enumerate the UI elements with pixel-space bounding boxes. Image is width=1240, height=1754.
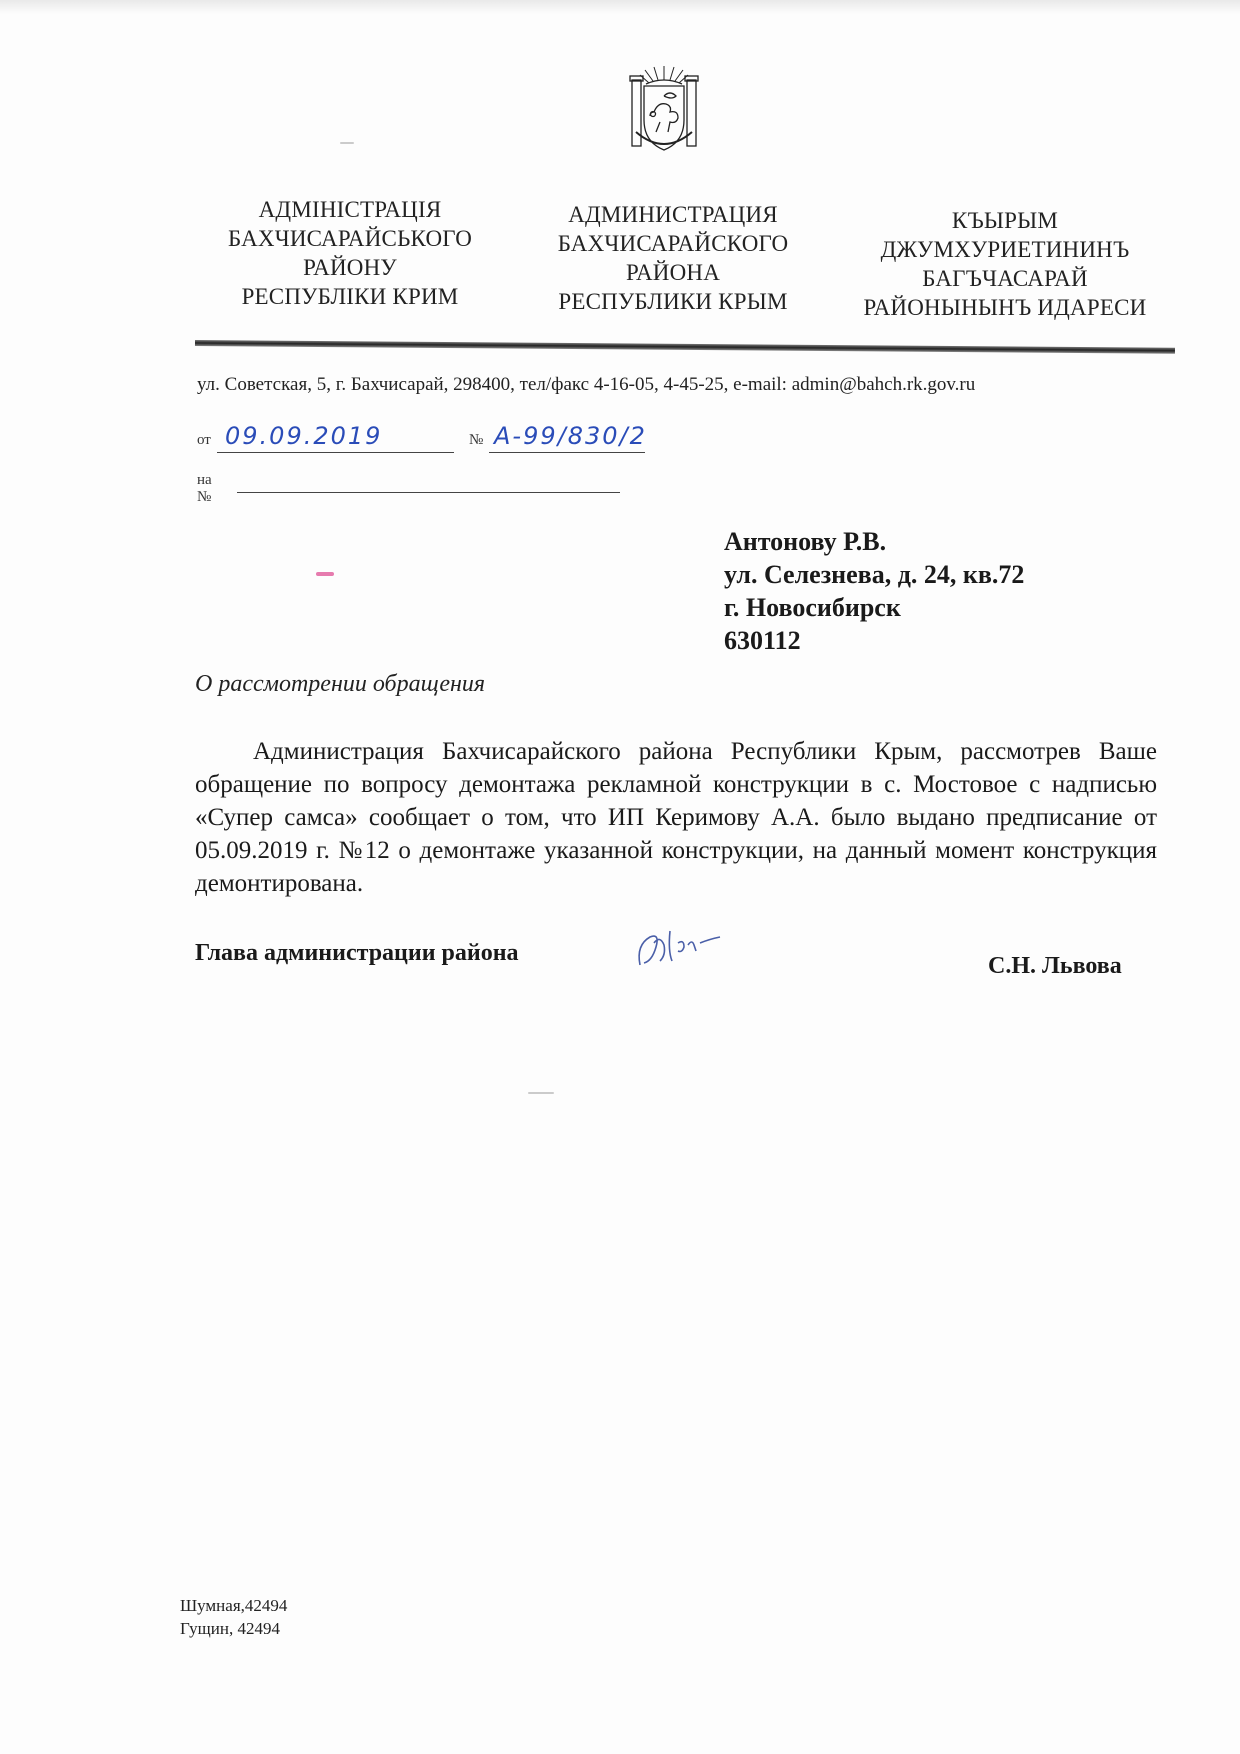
executor-line: Гущин, 42494 — [180, 1617, 287, 1640]
executor-line: Шумная,42494 — [180, 1594, 287, 1617]
number-line — [489, 452, 645, 453]
scan-speck — [528, 1092, 554, 1094]
ink-mark — [316, 572, 334, 576]
org-line: РАЙОНЫНЫНЪ ИДАРЕСИ — [840, 293, 1170, 322]
reg-number-handwritten: А-99/830/2 — [494, 422, 647, 450]
org-line: РАЙОНА — [528, 258, 818, 287]
handwritten-signature-icon — [632, 925, 752, 975]
signatory-name: С.Н. Львова — [988, 953, 1122, 980]
recipient-city: г. Новосибирск — [724, 591, 1024, 624]
org-line: АДМІНІСТРАЦІЯ — [205, 195, 495, 224]
org-name-crimean-tatar: КЪЫРЫМ ДЖУМХУРИЕТИНИНЪ БАГЪЧАСАРАЙ РАЙОН… — [840, 206, 1170, 322]
executors-list: Шумная,42494 Гущин, 42494 — [180, 1594, 287, 1640]
org-line: РЕСПУБЛИКИ КРЫМ — [528, 287, 818, 316]
org-line: БАГЪЧАСАРАЙ — [840, 264, 1170, 293]
org-line: БАХЧИСАРАЙСКОГО — [528, 229, 818, 258]
from-line — [217, 452, 454, 453]
contact-info: ул. Советская, 5, г. Бахчисарай, 298400,… — [197, 374, 975, 396]
recipient-block: Антонову Р.В. ул. Селезнева, д. 24, кв.7… — [724, 525, 1024, 657]
org-name-russian: АДМИНИСТРАЦИЯ БАХЧИСАРАЙСКОГО РАЙОНА РЕС… — [528, 200, 818, 316]
recipient-name: Антонову Р.В. — [724, 525, 1024, 558]
org-line: ДЖУМХУРИЕТИНИНЪ — [840, 235, 1170, 264]
from-label: от — [197, 432, 211, 449]
header-divider — [195, 340, 1175, 354]
scan-speck — [340, 142, 354, 144]
subject-line: О рассмотрении обращения — [195, 671, 485, 698]
number-label: № — [469, 432, 483, 449]
org-name-ukrainian: АДМІНІСТРАЦІЯ БАХЧИСАРАЙСЬКОГО РАЙОНУ РЕ… — [205, 195, 495, 311]
scan-edge — [0, 0, 1240, 14]
crimea-coat-of-arms-icon — [628, 62, 700, 158]
org-line: БАХЧИСАРАЙСЬКОГО — [205, 224, 495, 253]
body-paragraph: Администрация Бахчисарайского района Рес… — [195, 735, 1157, 900]
signatory-title: Глава администрации района — [195, 940, 519, 967]
org-line: РЕСПУБЛІКИ КРИМ — [205, 282, 495, 311]
letter-body: Администрация Бахчисарайского района Рес… — [195, 735, 1157, 900]
from-date-handwritten: 09.09.2019 — [225, 422, 382, 450]
org-line: РАЙОНУ — [205, 253, 495, 282]
recipient-postcode: 630112 — [724, 624, 1024, 657]
org-line: АДМИНИСТРАЦИЯ — [528, 200, 818, 229]
recipient-street: ул. Селезнева, д. 24, кв.72 — [724, 558, 1024, 591]
reply-to-line — [237, 492, 620, 493]
org-line: КЪЫРЫМ — [840, 206, 1170, 235]
letter-page: АДМІНІСТРАЦІЯ БАХЧИСАРАЙСЬКОГО РАЙОНУ РЕ… — [0, 0, 1240, 1754]
reply-to-label: на № — [197, 472, 212, 506]
